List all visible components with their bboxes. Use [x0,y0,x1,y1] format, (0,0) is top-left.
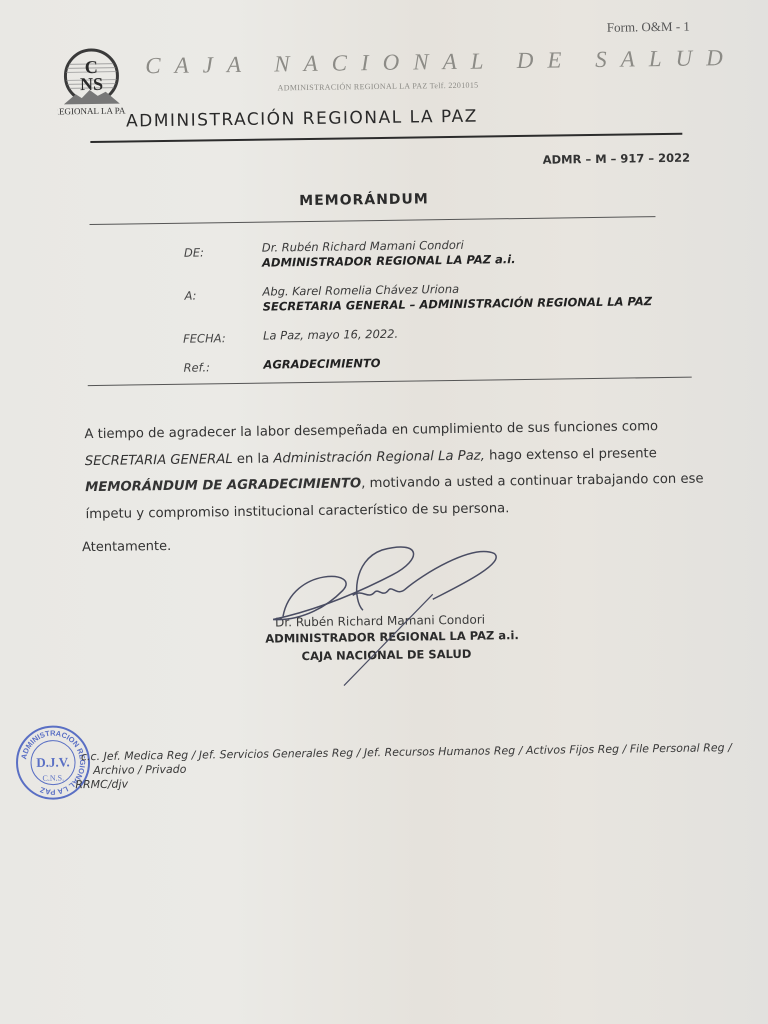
svg-text:REGIONAL LA PAZ: REGIONAL LA PAZ [57,105,126,116]
date-value: La Paz, mayo 16, 2022. [263,327,398,343]
region-title: ADMINISTRACIÓN REGIONAL LA PAZ [126,107,478,132]
ref-value: AGRADECIMIENTO [263,356,380,372]
document-number: ADMR – M – 917 – 2022 [543,151,691,167]
from-position: ADMINISTRADOR REGIONAL LA PAZ a.i. [262,252,516,270]
body-text-fragment: en la [233,451,274,467]
org-subline: ADMINISTRACIÓN REGIONAL LA PAZ Telf. 220… [278,81,479,93]
title-divider [90,216,656,225]
org-name: CAJA NACIONAL DE SALUD [145,45,737,79]
ref-label: Ref.: [183,360,210,374]
memo-body: A tiempo de agradecer la labor desempeña… [84,414,697,529]
to-name: Abg. Karel Romelia Chávez Uriona [262,282,459,299]
header-divider [90,133,682,143]
date-label: FECHA: [183,331,226,346]
svg-text:D.J.V.: D.J.V. [36,754,70,769]
farewell: Atentamente. [82,539,171,555]
ref-divider [88,377,692,386]
body-text-fragment: hago extenso el presente [485,446,657,463]
form-code: Form. O&M - 1 [607,19,690,36]
from-label: DE: [184,245,204,259]
body-admin: Administración Regional La Paz, [273,448,485,466]
copies-line-3: RRMC/djv [75,778,128,792]
handwritten-signature-icon [272,538,514,691]
body-memo-type: MEMORÁNDUM DE AGRADECIMIENTO [85,476,361,495]
memo-page: Form. O&M - 1 C NS REGIONAL LA PAZ CAJA … [0,0,768,1024]
to-label: A: [184,289,196,303]
copies-line-2: Archivo / Privado [93,763,186,777]
cns-logo-icon: C NS REGIONAL LA PAZ [57,46,126,117]
svg-text:NS: NS [80,74,103,94]
body-text-fragment: , motivando a usted a continuar trabajan… [361,471,704,491]
from-name: Dr. Rubén Richard Mamani Condori [262,238,464,255]
body-role: SECRETARIA GENERAL [85,452,233,469]
copies-line-1: c.c. Jef. Medica Reg / Jef. Servicios Ge… [81,741,732,763]
svg-text:C.N.S.: C.N.S. [42,773,64,782]
document-title: MEMORÁNDUM [299,191,429,209]
